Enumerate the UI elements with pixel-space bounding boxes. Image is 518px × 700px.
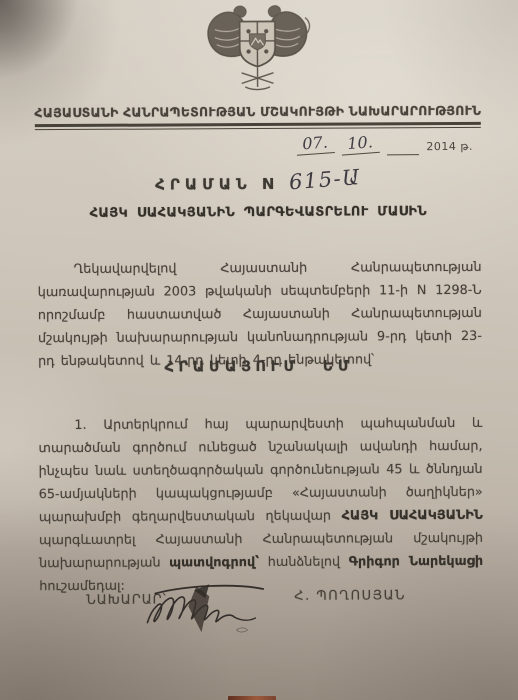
signatory-name: Հ. ՊՈՂՈՍՅԱՆ xyxy=(294,588,406,604)
header-divider xyxy=(35,122,481,130)
armenia-coat-of-arms-icon xyxy=(194,2,320,95)
empty-date-blank xyxy=(387,154,419,155)
handwritten-month: 10. xyxy=(341,132,380,156)
order-label: ՀՐԱՄԱՆ N xyxy=(155,175,279,194)
ministry-title: ՀԱՅԱՍՏԱՆԻ ՀԱՆՐԱՊԵՏՈՒԹՅԱՆ ՄՇԱԿՈՒՅԹԻ ՆԱԽԱՐ… xyxy=(0,103,517,121)
date-line: 07. 10. 2014 թ. xyxy=(297,134,473,156)
order-number-line: ՀՐԱՄԱՆ N 615-Ա xyxy=(0,169,517,196)
order-subject: ՀԱՅԿ ՍԱՀԱԿՅԱՆԻՆ ՊԱՐԳԵՎԱՏՐԵԼՈՒ ՄԱՍԻՆ xyxy=(0,204,517,222)
decree-document-photo: ՀԱՅԱՍՏԱՆԻ ՀԱՆՐԱՊԵՏՈՒԹՅԱՆ ՄՇԱԿՈՒՅԹԻ ՆԱԽԱՐ… xyxy=(0,0,518,700)
minister-signature-icon xyxy=(139,576,271,641)
document-page: ՀԱՅԱՍՏԱՆԻ ՀԱՆՐԱՊԵՏՈՒԹՅԱՆ ՄՇԱԿՈՒՅԹԻ ՆԱԽԱՐ… xyxy=(0,0,518,700)
decree-heading: ՀՐԱՄԱՅՈՒՄ ԵՄ xyxy=(0,358,518,377)
handwritten-day: 07. xyxy=(296,132,335,156)
red-object-edge xyxy=(228,696,276,700)
preamble-paragraph: Ղեկավարվելով Հայաստանի Հանրապետության կա… xyxy=(38,256,483,373)
decree-item-1: 1. Արտերկրում հայ պարարվեստի պահպանման և… xyxy=(38,412,483,598)
handwritten-order-number: 615-Ա xyxy=(288,165,361,194)
printed-year: 2014 թ. xyxy=(426,140,473,155)
